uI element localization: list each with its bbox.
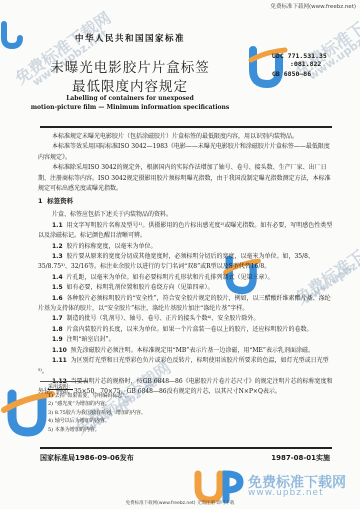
adoption-notes: 采用说明： 1) 去掉“如果需要，写明编码标志”。 2) “感光度”为增加的内容… — [48, 383, 248, 435]
clause-text: 各种胶片必须标明胶片的“安全性”，符合安全胶片规定的胶片，例如，以三醋酸纤维素酯… — [38, 295, 331, 312]
udc-line2: :081.822 — [272, 60, 327, 68]
clause-item: 1.3 胶片要从原来的宽度分切成其他宽度时，必须标明分切后的宽度，以毫米为单位。… — [38, 252, 334, 273]
footer-divider — [40, 447, 332, 449]
note-item: 5) 本条为增加的内容。 — [48, 426, 248, 435]
top-watermark-text: 免费标准下载网(www.freebz.net) — [270, 2, 356, 10]
clause-number: 1.8 — [52, 326, 63, 333]
english-title-line1: Labelling of containers for unexposed — [0, 95, 260, 102]
note-item: 3) 8.75胶片为我国独有系列，增加的内容。 — [48, 409, 248, 418]
udc-line1: UDC 771.531.35 — [272, 52, 327, 60]
notes-divider — [40, 381, 88, 382]
intro-paragraph: 本标准除采用ISO 3042的规定外，根据国内的实际作法增加了轴号、卷号、接头数… — [38, 163, 334, 194]
clause-number: 1.10 — [52, 347, 67, 354]
section-1: 1 标签资料 片盒、标签应包括下述关于内装物品的资料。 1.1 用文字写明胶片名… — [38, 196, 334, 398]
document-title-line2: 最低限度内容规定 — [0, 75, 260, 95]
clause-number: 1.7 — [52, 315, 63, 322]
clause-number: 1.9 — [52, 336, 63, 343]
clause-item: 1.6 各种胶片必须标明胶片的“安全性”，符合安全胶片规定的胶片，例如，以三醋酸… — [38, 294, 334, 315]
clause-number: 1.1 — [52, 222, 63, 229]
publication-date: 国家标准局1986-09-06发布 — [40, 453, 134, 463]
section-heading: 1 标签资料 — [38, 196, 334, 206]
clause-item: 1.11 为区别灯光型和日光型彩色负片或彩色反转片，标明使用该胶片所要求的色温，… — [38, 356, 334, 377]
udc-code: UDC 771.531.35 :081.822 — [272, 52, 327, 68]
clause-item: 1.8 片盒内装胶片的长度，以米为单位。如果一个片盒装一卷以上的胶片，还应标明胶… — [38, 325, 334, 335]
clause-text: 预先涂磁胶片必须注明。本标准规定用“MB”表示片基一边涂磁，用“ME”表示乳剂面… — [71, 347, 314, 354]
clause-number: 1.6 — [52, 295, 63, 302]
clause-text: 制造的批号（乳剂号）、轴号、卷号、正片的接头个数⁴⁾、安全胶片除外。 — [66, 315, 259, 322]
clause-item: 1.1 用文字写明胶片名称及型号¹⁾。供摄影用的色片标出感光度²⁾或曝光指数。如… — [38, 221, 334, 242]
note-item: 2) “感光度”为增加的内容。 — [48, 400, 248, 409]
national-standard-label: 中华人民共和国国家标准 — [0, 32, 260, 44]
english-title-line2: motion-picture film — Minimum informatio… — [0, 104, 260, 111]
clause-text: 用文字写明胶片名称及型号¹⁾。供摄影用的色片标出感光度²⁾或曝光指数。如有必要，… — [38, 222, 332, 239]
clause-text: 为区别灯光型和日光型彩色负片或彩色反转片，标明使用该胶片所要求的色温，如灯光型或… — [38, 357, 329, 374]
bottom-watermark-note: 免费标准下载网(www.freebz.net) 无需注册 即可下载 — [0, 500, 360, 506]
section-title: 标签资料 — [47, 197, 73, 205]
clause-text: 胶片要从原来的宽度分切成其他宽度时，必须标明分切后的宽度，以毫米为单位。如，35… — [38, 253, 314, 270]
implementation-date: 1987-08-01实施 — [271, 453, 330, 463]
clause-number: 1.2 — [52, 243, 63, 250]
note-item: 1) 去掉“如果需要，写明编码标志”。 — [48, 392, 248, 401]
intro-section: 本标准规定未曝光电影胶片（包括涂磁胶片）片盒标签的最低限度内容，用以识别内装物品… — [38, 132, 334, 194]
clause-text: 如有必要，标明乳剂位置和胶片卷绕方向（见第四章）。 — [66, 284, 213, 291]
section-lead: 片盒、标签应包括下述关于内装物品的资料。 — [38, 210, 334, 220]
section-number: 1 — [38, 197, 43, 205]
clause-item: 1.2 胶片的标称宽度，以毫米为单位。 — [38, 242, 334, 252]
document-title-line1: 未曝光电影胶片片盒标签 — [0, 56, 260, 76]
brand-watermark-url: www.upbz.net — [248, 488, 324, 498]
up-logo-icon — [192, 468, 244, 504]
note-item: 4) 轴号以后为增加的内容。 — [48, 417, 248, 426]
clause-item: 1.10 预先涂磁胶片必须注明。本标准规定用“MB”表示片基一边涂磁，用“ME”… — [38, 346, 334, 356]
clause-item: 1.9 注明“暗室启封”。 — [38, 335, 334, 345]
header-divider — [40, 126, 332, 128]
clause-number: 1.3 — [52, 253, 63, 260]
clause-number: 1.11 — [52, 357, 67, 364]
clause-text: 片孔距，以毫米为单位。如有必要标明片孔形状和片孔排列制式（见第三章）。 — [66, 274, 273, 281]
intro-paragraph: 本标准规定未曝光电影胶片（包括涂磁胶片）片盒标签的最低限度内容，用以识别内装物品… — [38, 132, 334, 142]
intro-paragraph: 本标准等效采用国际标准ISO 3042—1983《电影——未曝光电影胶片和涂磁胶… — [38, 142, 334, 163]
clause-text: 胶片的标称宽度，以毫米为单位。 — [66, 243, 156, 250]
notes-heading: 采用说明： — [48, 383, 248, 392]
gb-number: GB 6850—86 — [272, 70, 311, 78]
clause-item: 1.7 制造的批号（乳剂号）、轴号、卷号、正片的接头个数⁴⁾、安全胶片除外。 — [38, 314, 334, 324]
clause-item: 1.5 如有必要，标明乳剂位置和胶片卷绕方向（见第四章）。 — [38, 283, 334, 293]
clause-number: 1.4 — [52, 274, 63, 281]
clause-item: 1.4 片孔距，以毫米为单位。如有必要标明片孔形状和片孔排列制式（见第三章）。 — [38, 273, 334, 283]
clause-text: 片盒内装胶片的长度，以米为单位。如果一个片盒装一卷以上的胶片，还应标明胶片的卷数… — [66, 326, 312, 333]
clause-text: 注明“暗室启封”。 — [66, 336, 114, 343]
clause-number: 1.5 — [52, 284, 63, 291]
